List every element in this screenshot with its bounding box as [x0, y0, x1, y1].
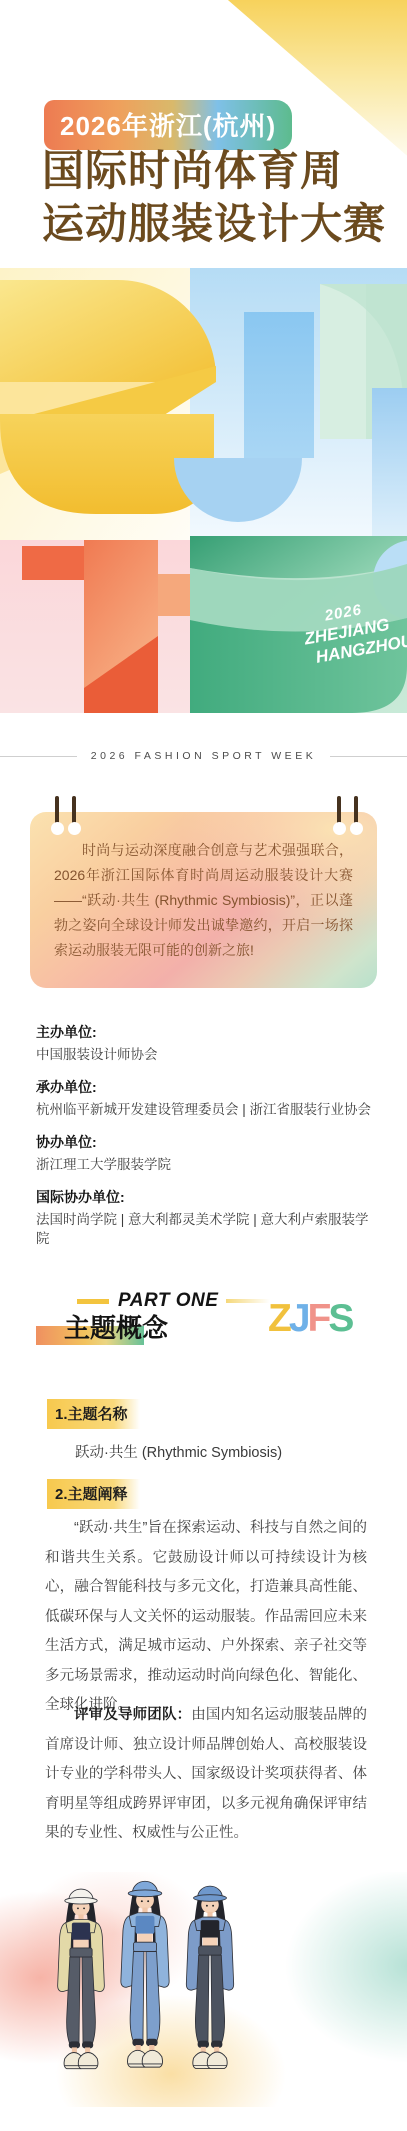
section-divider: 2026 FASHION SPORT WEEK — [0, 750, 407, 762]
logo-letter-f: F — [308, 1297, 329, 1340]
organizer-label: 协办单位: — [36, 1132, 376, 1152]
organizer-undertaker: 承办单位: 杭州临平新城开发建设管理委员会 | 浙江省服装行业协会 — [36, 1077, 376, 1119]
jury-paragraph: 评审及导师团队：由国内知名运动服装品牌的首席设计师、独立设计师品牌创始人、高校服… — [45, 1701, 367, 1849]
theme-name-text: 跃动·共生 (Rhythmic Symbiosis) — [75, 1441, 282, 1462]
event-year-badge: 2026年浙江(杭州) — [44, 100, 292, 150]
intro-card-text: 时尚与运动深度融合创意与艺术强强联合，2026年浙江国际体育时尚周运动服装设计大… — [30, 812, 377, 963]
organizer-label: 国际协办单位: — [36, 1187, 376, 1207]
zjfs-logo: ZJFS — [268, 1297, 351, 1341]
organizer-value: 中国服装设计师协会 — [36, 1045, 376, 1064]
divider-line-right — [330, 756, 407, 757]
logo-letter-j: J — [289, 1297, 308, 1340]
model-figure-left — [58, 1889, 105, 2069]
page-title-line1: 国际时尚体育周 — [42, 146, 386, 199]
kicker-dash-fade-icon — [226, 1299, 270, 1303]
jury-body: 由国内知名运动服装品牌的首席设计师、独立设计师品牌创始人、高校服装设计专业的学科… — [45, 1707, 367, 1841]
jury-lead: 评审及导师团队： — [74, 1707, 191, 1723]
page-title: 国际时尚体育周 运动服装设计大赛 — [42, 146, 386, 252]
heading-theme-name: 1.主题名称 — [47, 1399, 140, 1429]
organizer-host: 主办单位: 中国服装设计师协会 — [36, 1022, 376, 1064]
binder-clip-icon — [55, 796, 59, 828]
page-title-line2: 运动服装设计大赛 — [42, 199, 386, 252]
organizer-co-organizer: 协办单位: 浙江理工大学服装学院 — [36, 1132, 376, 1174]
logo-letter-z: Z — [268, 1297, 289, 1340]
fashion-models-illustration — [0, 1872, 407, 2107]
models-svg — [0, 1872, 407, 2107]
kicker-dash-icon — [77, 1299, 109, 1304]
divider-line-left — [0, 756, 77, 757]
binder-clip-icon — [354, 796, 358, 828]
organizer-value: 杭州临平新城开发建设管理委员会 | 浙江省服装行业协会 — [36, 1100, 376, 1119]
model-figure-center — [121, 1881, 169, 2067]
binder-clip-icon — [72, 796, 76, 828]
section-title: 主题概念 — [64, 1308, 168, 1345]
intro-card: 时尚与运动深度融合创意与艺术强强联合，2026年浙江国际体育时尚周运动服装设计大… — [30, 812, 377, 988]
binder-clip-icon — [337, 796, 341, 828]
model-figure-right — [186, 1886, 233, 2068]
logo-letter-s: S — [328, 1297, 351, 1340]
organizer-value: 浙江理工大学服装学院 — [36, 1155, 376, 1174]
organizer-label: 承办单位: — [36, 1077, 376, 1097]
organizer-international: 国际协办单位: 法国时尚学院 | 意大利都灵美术学院 | 意大利卢索服装学院 — [36, 1187, 376, 1248]
heading-theme-explanation: 2.主题阐释 — [47, 1479, 140, 1509]
poster-page: 2026年浙江(杭州) 国际时尚体育周 运动服装设计大赛 — [0, 0, 407, 2131]
organizer-value: 法国时尚学院 | 意大利都灵美术学院 | 意大利卢索服装学院 — [36, 1210, 376, 1248]
hero-graphic: 2026 ZHEJIANG HANGZHOU — [0, 268, 407, 713]
organizer-label: 主办单位: — [36, 1022, 376, 1042]
organizers-list: 主办单位: 中国服装设计师协会 承办单位: 杭州临平新城开发建设管理委员会 | … — [36, 1022, 376, 1261]
divider-label: 2026 FASHION SPORT WEEK — [91, 750, 316, 762]
theme-explanation-text: “跃动·共生”旨在探索运动、科技与自然之间的和谐共生关系。它鼓励设计师以可持续设… — [45, 1514, 367, 1721]
